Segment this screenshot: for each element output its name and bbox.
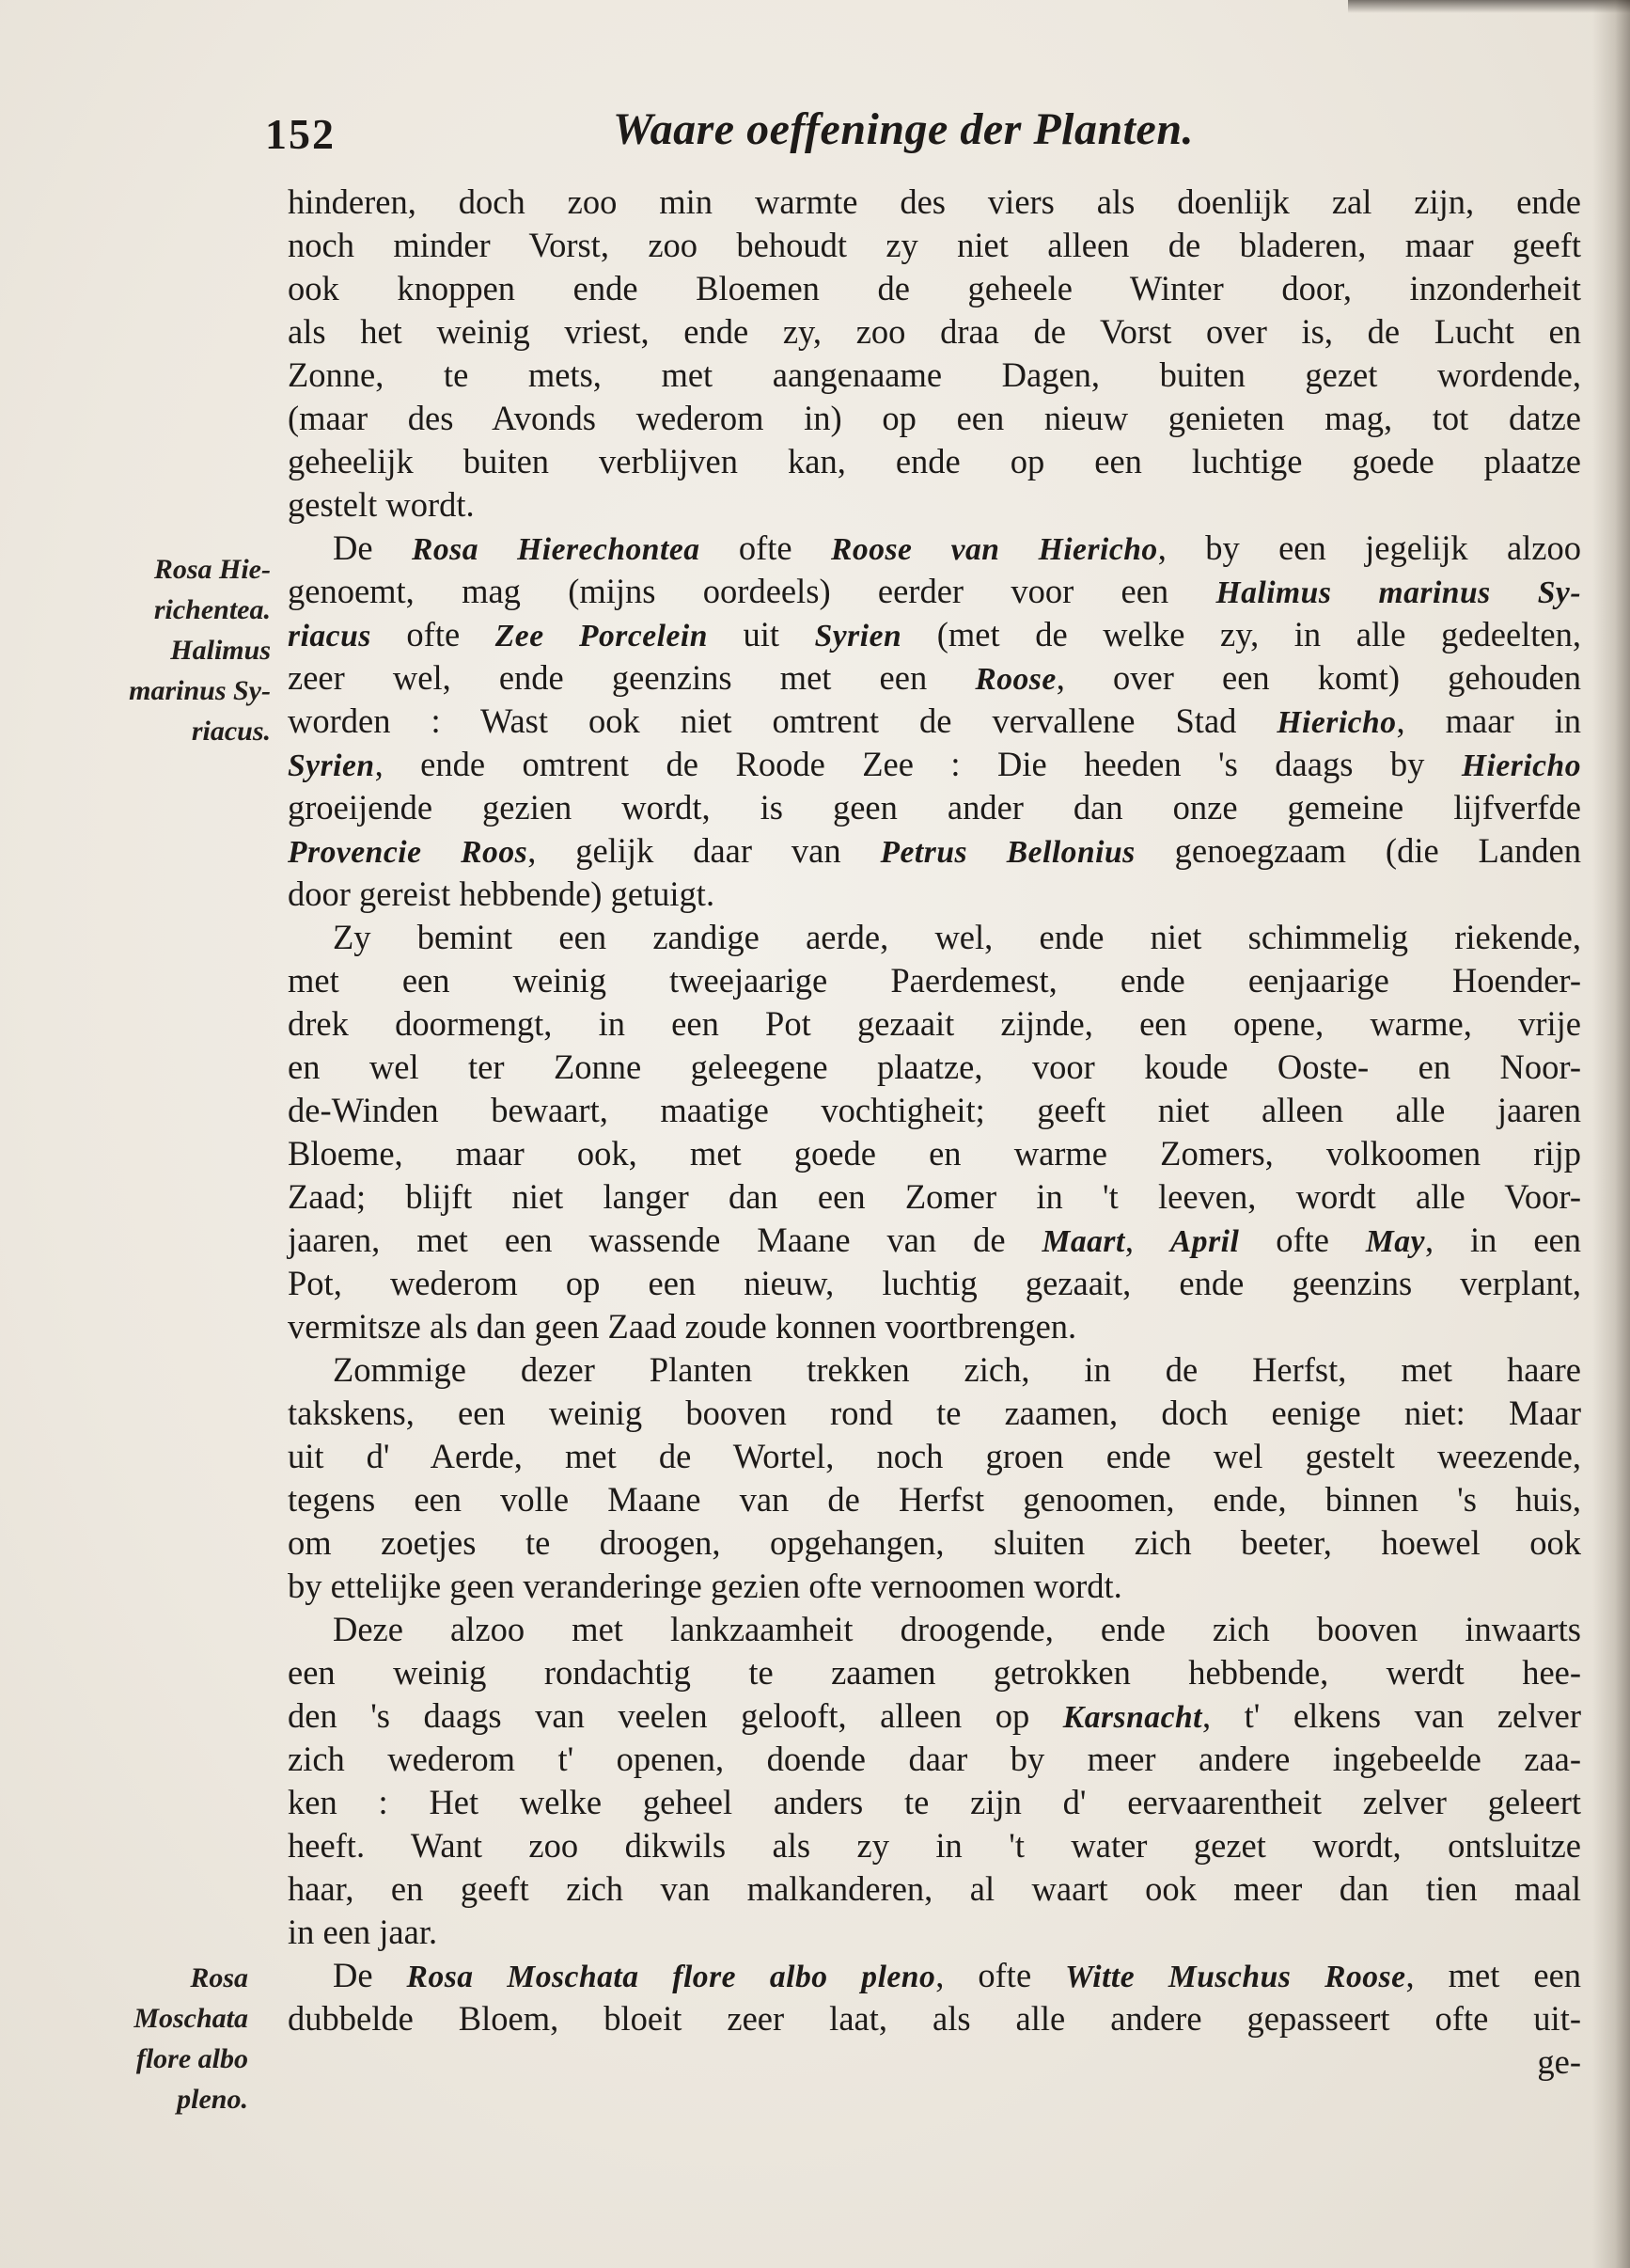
text-line: ook knoppen ende Bloemen de geheele Wint…	[288, 267, 1581, 310]
text-line: Provencie Roos, gelijk daar van Petrus B…	[288, 829, 1581, 873]
text-line: jaaren, met een wassende Maane van de Ma…	[288, 1219, 1581, 1262]
text-line: een weinig rondachtig te zaamen getrokke…	[288, 1651, 1581, 1694]
page-gutter-shadow	[1592, 0, 1630, 2268]
text-line: Bloeme, maar ook, met goede en warme Zom…	[288, 1132, 1581, 1175]
text-line: om zoetjes te droogen, opgehangen, sluit…	[288, 1521, 1581, 1565]
text-line: in een jaar.	[288, 1911, 1581, 1954]
text-line: gestelt wordt.	[288, 483, 1581, 527]
text-line: worden : Wast ook niet omtrent de verval…	[288, 700, 1581, 743]
margin-note-line: Rosa Hie-	[73, 549, 271, 590]
text-line: haar, en geeft zich van malkanderen, al …	[288, 1867, 1581, 1911]
text-line: de-Winden bewaart, maatige vochtigheit; …	[288, 1089, 1581, 1132]
book-page: 152 Waare oeffeninge der Planten. Rosa H…	[0, 0, 1630, 2268]
text-line: ken : Het welke geheel anders te zijn d'…	[288, 1781, 1581, 1824]
margin-note-line: Moschata	[51, 1998, 248, 2039]
running-title: Waare oeffeninge der Planten.	[613, 103, 1194, 155]
text-line: zich wederom t' openen, doende daar by m…	[288, 1738, 1581, 1781]
page-header: 152 Waare oeffeninge der Planten.	[265, 103, 1581, 169]
text-line: Pot, wederom op een nieuw, luchtig gezaa…	[288, 1262, 1581, 1305]
text-line: als het weinig vriest, ende zy, zoo draa…	[288, 310, 1581, 354]
text-line: Syrien, ende omtrent de Roode Zee : Die …	[288, 743, 1581, 786]
catchword: ge-	[288, 2040, 1581, 2084]
text-line: by ettelijke geen veranderinge gezien of…	[288, 1565, 1581, 1608]
margin-note-line: Halimus	[73, 630, 271, 670]
text-line: genoemt, mag (mijns oordeels) eerder voo…	[288, 570, 1581, 613]
margin-note-line: marinus Sy-	[73, 670, 271, 711]
margin-note-rosa-moschata: Rosa Moschata flore albo pleno.	[51, 1958, 248, 2119]
page-number: 152	[265, 109, 336, 159]
text-line: door gereist hebbende) getuigt.	[288, 873, 1581, 916]
text-line: en wel ter Zonne geleegene plaatze, voor…	[288, 1046, 1581, 1089]
text-line: Zy bemint een zandige aerde, wel, ende n…	[288, 916, 1581, 959]
text-line: De Rosa Moschata flore albo pleno, ofte …	[288, 1954, 1581, 1997]
text-line: Zonne, te mets, met aangenaame Dagen, bu…	[288, 354, 1581, 397]
text-line: riacus ofte Zee Porcelein uit Syrien (me…	[288, 613, 1581, 656]
text-line: De Rosa Hierechontea ofte Roose van Hier…	[288, 527, 1581, 570]
margin-note-line: flore albo	[51, 2039, 248, 2079]
margin-note-line: riacus.	[73, 711, 271, 751]
body-text: hinderen, doch zoo min warmte des viers …	[288, 181, 1581, 2084]
text-line: met een weinig tweejaarige Paerdemest, e…	[288, 959, 1581, 1002]
text-line: groeijende gezien wordt, is geen ander d…	[288, 786, 1581, 829]
text-line: tegens een volle Maane van de Herfst gen…	[288, 1478, 1581, 1521]
text-line: Deze alzoo met lankzaamheit droogende, e…	[288, 1608, 1581, 1651]
page-top-shadow	[1348, 0, 1630, 13]
text-line: noch minder Vorst, zoo behoudt zy niet a…	[288, 224, 1581, 267]
margin-note-line: pleno.	[51, 2079, 248, 2119]
text-line: zeer wel, ende geenzins met een Roose, o…	[288, 656, 1581, 700]
text-line: geheelijk buiten verblijven kan, ende op…	[288, 440, 1581, 483]
margin-note-line: richentea.	[73, 590, 271, 630]
text-line: drek doormengt, in een Pot gezaait zijnd…	[288, 1002, 1581, 1046]
margin-note-line: Rosa	[51, 1958, 248, 1998]
text-line: Zommige dezer Planten trekken zich, in d…	[288, 1348, 1581, 1392]
text-line: takskens, een weinig booven rond te zaam…	[288, 1392, 1581, 1435]
text-line: Zaad; blijft niet langer dan een Zomer i…	[288, 1175, 1581, 1219]
text-line: den 's daags van veelen gelooft, alleen …	[288, 1694, 1581, 1738]
text-line: dubbelde Bloem, bloeit zeer laat, als al…	[288, 1997, 1581, 2040]
text-line: hinderen, doch zoo min warmte des viers …	[288, 181, 1581, 224]
text-line: heeft. Want zoo dikwils als zy in 't wat…	[288, 1824, 1581, 1867]
text-line: vermitsze als dan geen Zaad zoude konnen…	[288, 1305, 1581, 1348]
margin-note-rosa-hierichentea: Rosa Hie- richentea. Halimus marinus Sy-…	[73, 549, 271, 751]
text-line: uit d' Aerde, met de Wortel, noch groen …	[288, 1435, 1581, 1478]
text-line: (maar des Avonds wederom in) op een nieu…	[288, 397, 1581, 440]
